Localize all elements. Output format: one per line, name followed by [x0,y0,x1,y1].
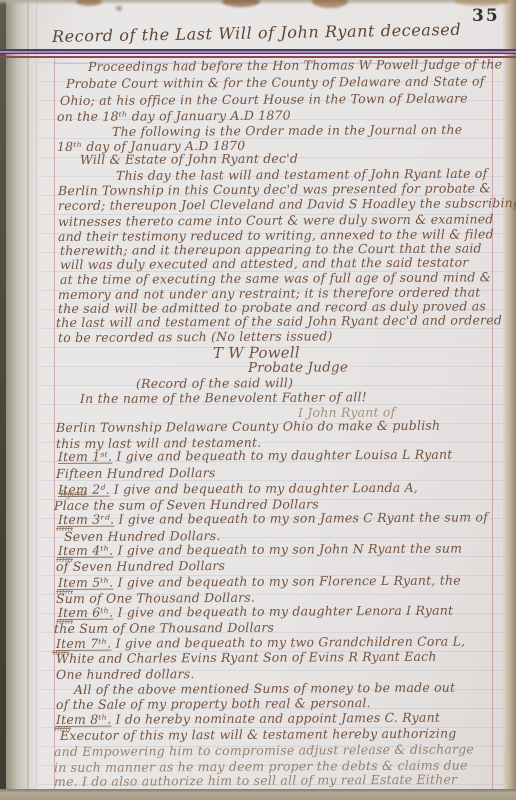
will-item-6: Item 6ᵗʰ. I give and bequeath to my daug… [58,603,453,620]
left-margin-line [54,58,55,791]
ink-stain [312,0,348,8]
handwritten-line: the Sum of One Thousand Dollars [54,620,274,636]
handwritten-line: White and Charles Evins Ryant Son of Evi… [56,649,437,666]
handwritten-line: of Seven Hundred Dollars [56,558,225,574]
ink-stain [116,6,122,11]
handwritten-line: on the 18ᵗʰ day of January A.D 1870 [57,108,291,124]
handwritten-line: All of the above mentioned Sums of money… [74,680,455,697]
item-text: I give and bequeath to my daughter Lenor… [113,603,453,620]
will-item-1: Item 1ˢᵗ. I give and bequeath to my daug… [58,447,453,464]
handwritten-line: Fifteen Hundred Dollars [56,465,216,481]
rule-dark [0,53,516,54]
item-text: I give and bequeath to my daughter Louis… [112,447,452,464]
handwritten-line: The following is the Order made in the J… [112,122,462,139]
handwritten-line: Proceedings had before the Hon Thomas W … [88,56,502,74]
page-right-edge [502,0,516,800]
ink-stain [222,0,260,7]
item-text: I give and bequeath to my son James C Ry… [114,509,488,526]
handwritten-line: Probate Court within & for the County of… [66,73,485,91]
struck-correction: Ryant [60,490,86,500]
struck-correction: mm [56,617,73,627]
struck-correction: mm [56,524,73,534]
item-text: I give and bequeath to my son John N Rya… [113,541,462,558]
handwritten-line: (Record of the said will) [136,375,293,391]
page-bottom-edge [0,789,516,800]
item-text: I give and bequeath to my daughter Loand… [110,480,418,497]
handwritten-line: In the name of the Benevolent Father of … [80,389,367,406]
will-item-2: Item 2ᵈ. I give and bequeath to my daugh… [58,480,418,497]
item-label: Item 1ˢᵗ. [58,449,112,464]
right-margin-line [492,58,493,791]
struck-correction: mm [56,587,73,597]
handwritten-line: and Empowering him to compromise adjust … [54,741,474,759]
handwritten-line: me. I do also authorize him to sell all … [54,772,457,789]
page-left-edge [6,0,40,800]
record-book-page: 35 Record of the Last Will of John Ryant… [0,0,516,800]
item-text: I give and bequeath to my son Florence L… [113,573,460,590]
judge-title: Probate Judge [248,359,348,376]
will-item-5: Item 5ᵗʰ. I give and bequeath to my son … [58,573,461,590]
page-crease [36,0,37,800]
will-item-4: Item 4ᵗʰ. I give and bequeath to my son … [58,541,462,558]
struck-correction: mm [56,555,73,565]
handwritten-line: to be recorded as such (No letters issue… [58,328,333,345]
handwritten-line: Executor of this my last will & testamen… [60,726,456,743]
record-title: Record of the Last Will of John Ryant de… [52,20,462,46]
page-number: 35 [472,6,500,26]
handwritten-line: Ohio; at his office in the Court House i… [60,91,468,108]
handwritten-line: Berlin Township Delaware County Ohio do … [56,418,440,435]
handwritten-line: record; thereupon Joel Cleveland and Dav… [58,195,516,213]
handwritten-line: Will & Estate of John Ryant dec'd [80,151,298,167]
item-text: I do hereby nominate and appoint James C… [111,710,440,727]
struck-correction: mm [52,648,69,658]
handwritten-line: One hundred dollars. [56,666,195,682]
ink-stain [76,0,102,6]
will-item-8: Item 8ᵗʰ. I do hereby nominate and appoi… [56,710,440,727]
struck-correction: mm [54,724,71,734]
will-item-3: Item 3ʳᵈ. I give and bequeath to my son … [58,509,488,527]
page-crease [27,0,29,800]
handwritten-line: the last will and testament of the said … [56,312,502,330]
